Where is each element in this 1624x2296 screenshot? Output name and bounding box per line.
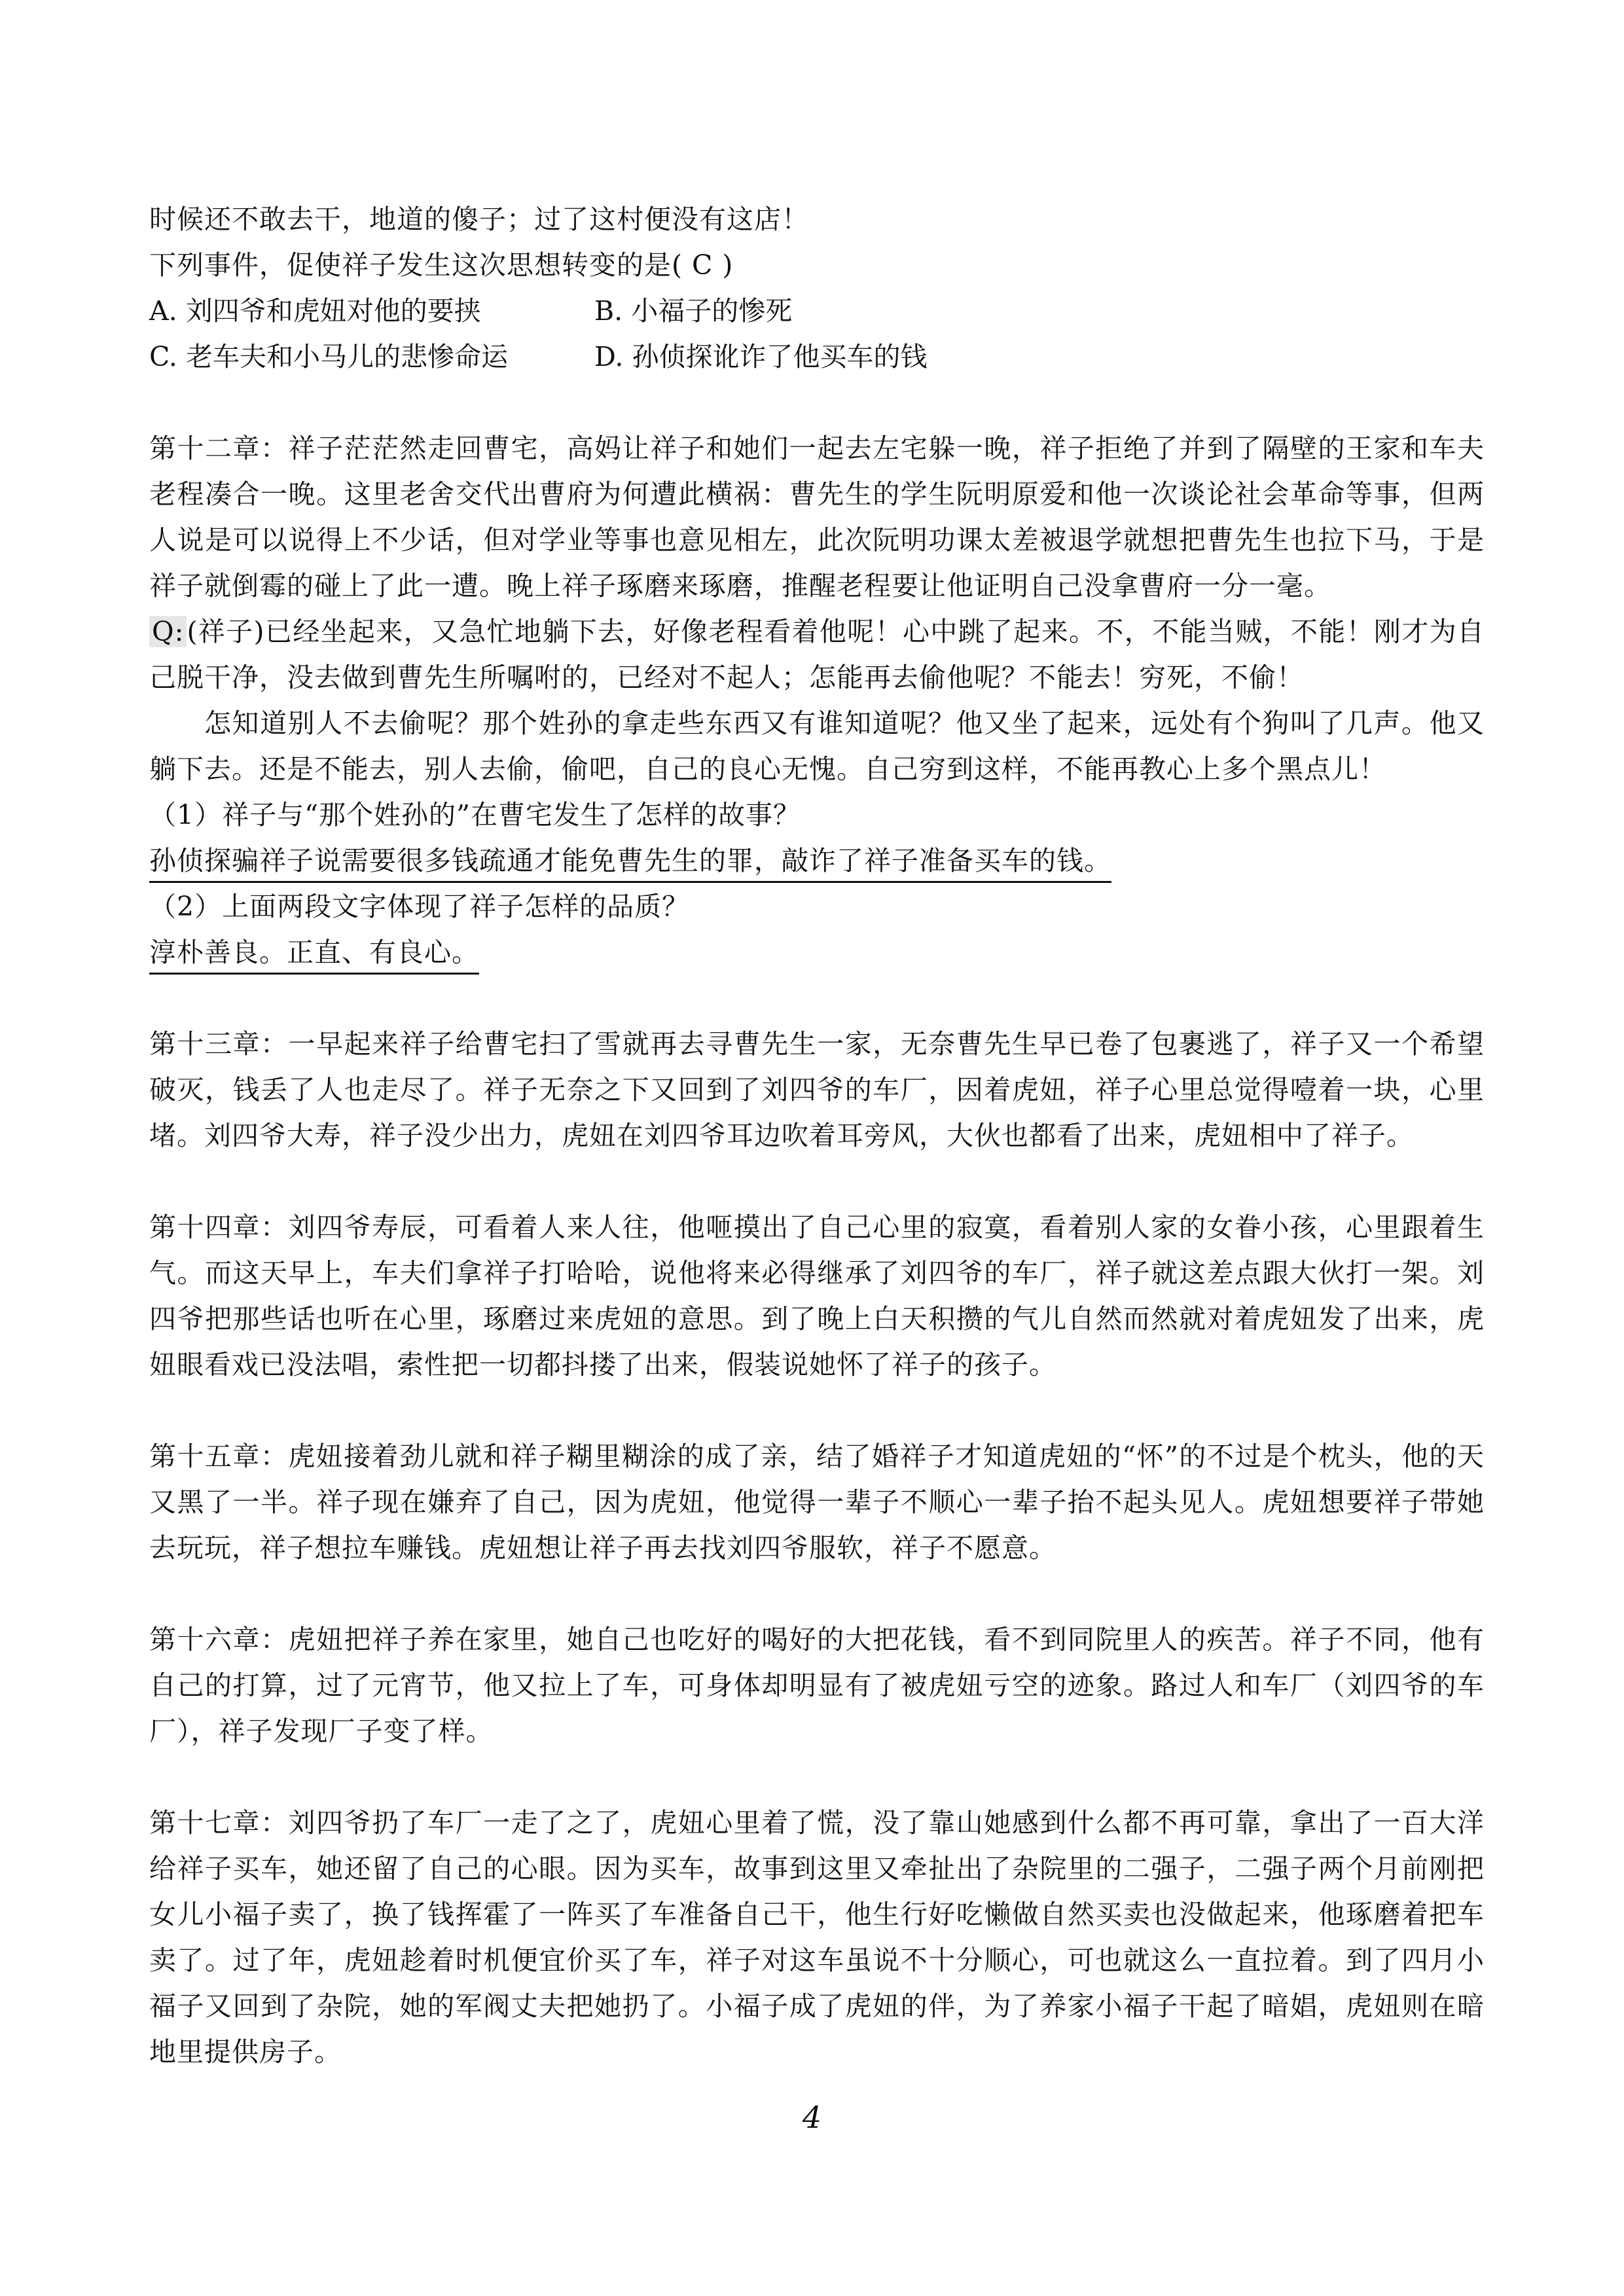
sub-question-2: （2）上面两段文字体现了祥子怎样的品质？ (149, 884, 1485, 929)
option-b-text: 小福子的惨死 (631, 295, 792, 327)
option-a-text: 刘四爷和虎妞对他的要挟 (186, 295, 481, 327)
sub-answer-2: 淳朴善良。正直、有良心。 (149, 932, 479, 975)
option-a: A. 刘四爷和虎妞对他的要挟 (149, 288, 594, 334)
quote-tag: Q: (149, 616, 187, 647)
option-d-text: 孙侦探讹诈了他买车的钱 (632, 341, 928, 372)
carry-over-line: 时候还不敢去干，地道的傻子；过了这村便没有这店！ (149, 196, 1485, 242)
chapter-14-summary: 第十四章：刘四爷寿辰，可看着人来人往，他咂摸出了自己心里的寂寞，看着别人家的女眷… (149, 1204, 1485, 1388)
options-row-1: A. 刘四爷和虎妞对他的要挟 B. 小福子的惨死 (149, 288, 1485, 334)
page-number: 4 (0, 2100, 1624, 2135)
option-c-text: 老车夫和小马儿的悲惨命运 (186, 341, 508, 372)
chapter-12-summary: 第十二章：祥子茫茫然走回曹宅，高妈让祥子和她们一起去左宅躲一晚，祥子拒绝了并到了… (149, 425, 1485, 609)
option-b-label: B. (594, 295, 623, 327)
chapter-16-summary: 第十六章：虎妞把祥子养在家里，她自己也吃好的喝好的大把花钱，看不到同院里人的疾苦… (149, 1617, 1485, 1754)
sub-question-1: （1）祥子与“那个姓孙的”在曹宅发生了怎样的故事？ (149, 792, 1485, 838)
option-d-label: D. (594, 341, 623, 372)
chapter-17-summary: 第十七章：刘四爷扔了车厂一走了之了，虎妞心里着了慌，没了靠山她感到什么都不再可靠… (149, 1800, 1485, 2075)
option-a-label: A. (149, 295, 177, 327)
option-d: D. 孙侦探讹诈了他买车的钱 (594, 334, 1039, 380)
option-c-label: C. (149, 341, 177, 372)
chapter-15-summary: 第十五章：虎妞接着劲儿就和祥子糊里糊涂的成了亲，结了婚祥子才知道虎妞的“怀”的不… (149, 1433, 1485, 1571)
document-page: 时候还不敢去干，地道的傻子；过了这村便没有这店！ 下列事件，促使祥子发生这次思想… (149, 196, 1485, 2075)
quote-text-1: (祥子)已经坐起来，又急忙地躺下去，好像老程看着他呢！心中跳了起来。不，不能当贼… (149, 616, 1485, 693)
options-row-2: C. 老车夫和小马儿的悲惨命运 D. 孙侦探讹诈了他买车的钱 (149, 334, 1485, 380)
question-prompt: 下列事件，促使祥子发生这次思想转变的是( C ) (149, 242, 1485, 288)
sub-answer-1: 孙侦探骗祥子说需要很多钱疏通才能免曹先生的罪，敲诈了祥子准备买车的钱。 (149, 840, 1111, 883)
chapter-13-summary: 第十三章：一早起来祥子给曹宅扫了雪就再去寻曹先生一家，无奈曹先生早已卷了包裹逃了… (149, 1021, 1485, 1158)
option-c: C. 老车夫和小马儿的悲惨命运 (149, 334, 594, 380)
quote-paragraph-2: 怎知道别人不去偷呢？那个姓孙的拿走些东西又有谁知道呢？他又坐了起来，远处有个狗叫… (149, 700, 1485, 792)
quote-paragraph-1: Q:(祥子)已经坐起来，又急忙地躺下去，好像老程看着他呢！心中跳了起来。不，不能… (149, 609, 1485, 700)
option-b: B. 小福子的惨死 (594, 288, 1039, 334)
